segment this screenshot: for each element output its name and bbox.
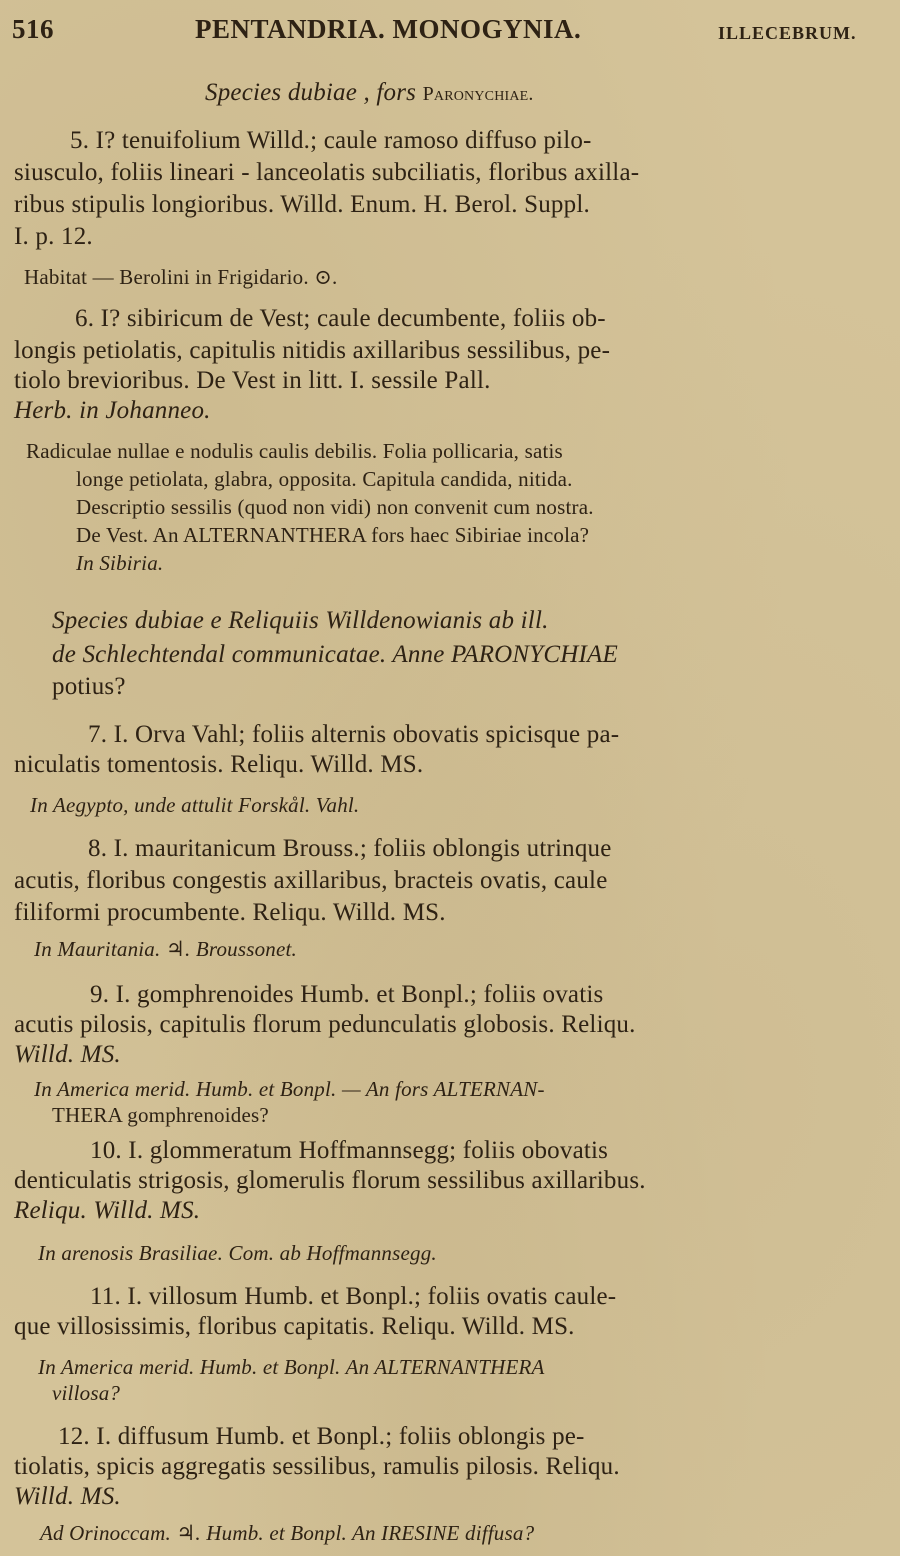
- entry-line: 6. I? sibiricum de Vest; caule decumbent…: [75, 304, 606, 334]
- entry-line: que villosissimis, floribus capitatis. R…: [14, 1312, 575, 1342]
- book-page: 516 PENTANDRIA. MONOGYNIA. ILLECEBRUM. S…: [0, 0, 900, 1556]
- note-line: Radiculae nullae e nodulis caulis debili…: [26, 436, 563, 466]
- entry-line: Willd. MS.: [14, 1482, 121, 1512]
- entry-line: I. p. 12.: [14, 222, 93, 252]
- entry-line: acutis, floribus congestis axillaribus, …: [14, 866, 608, 896]
- habitat-line: Ad Orinoccam. ♃. Humb. et Bonpl. An IRES…: [40, 1518, 534, 1548]
- entry-line: tiolo brevioribus. De Vest in litt. I. s…: [14, 366, 491, 396]
- entry-line: siusculo, foliis lineari - lanceolatis s…: [14, 158, 888, 188]
- entry-line: niculatis tomentosis. Reliqu. Willd. MS.: [14, 750, 423, 780]
- habitat-line: Habitat — Berolini in Frigidario. ⊙.: [24, 262, 338, 292]
- running-title: PENTANDRIA. MONOGYNIA.: [195, 14, 581, 44]
- entry-line: 12. I. diffusum Humb. et Bonpl.; foliis …: [58, 1422, 585, 1452]
- entry-line: Reliqu. Willd. MS.: [14, 1196, 200, 1226]
- entry-line: longis petiolatis, capitulis nitidis axi…: [14, 336, 610, 366]
- entry-line: 5. I? tenuifolium Willd.; caule ramoso d…: [70, 126, 888, 156]
- habitat-line: villosa?: [52, 1378, 120, 1408]
- entry-line: Herb. in Johanneo.: [14, 396, 211, 426]
- note-line: De Vest. An ALTERNANTHERA fors haec Sibi…: [76, 520, 589, 550]
- entry-line: Willd. MS.: [14, 1040, 121, 1070]
- note-line: longe petiolata, glabra, opposita. Capit…: [76, 464, 573, 494]
- page-number: 516: [12, 14, 54, 44]
- habitat-line: In Aegypto, unde attulit Forskål. Vahl.: [30, 790, 359, 820]
- entry-line: 7. I. Orva Vahl; foliis alternis obovati…: [88, 720, 619, 750]
- entry-line: filiformi procumbente. Reliqu. Willd. MS…: [14, 898, 446, 928]
- section-heading-1: Species dubiae , fors Paronychiae.: [205, 78, 534, 109]
- entry-line: 10. I. glommeratum Hoffmannsegg; foliis …: [90, 1136, 608, 1166]
- entry-line: ribus stipulis longioribus. Willd. Enum.…: [14, 190, 888, 220]
- note-line: Descriptio sessilis (quod non vidi) non …: [76, 492, 594, 522]
- entry-line: 8. I. mauritanicum Brouss.; foliis oblon…: [88, 834, 612, 864]
- note-line: In Sibiria.: [76, 548, 163, 578]
- entry-line: acutis pilosis, capitulis florum peduncu…: [14, 1010, 636, 1040]
- habitat-line: In arenosis Brasiliae. Com. ab Hoffmanns…: [38, 1238, 437, 1268]
- entry-line: denticulatis strigosis, glomerulis floru…: [14, 1166, 646, 1196]
- genus-header: ILLECEBRUM.: [718, 18, 857, 48]
- entry-line: tiolatis, spicis aggregatis sessilibus, …: [14, 1452, 620, 1482]
- entry-line: 11. I. villosum Humb. et Bonpl.; foliis …: [90, 1282, 616, 1312]
- habitat-line: In Mauritania. ♃. Broussonet.: [34, 934, 297, 964]
- entry-line: 9. I. gomphrenoides Humb. et Bonpl.; fol…: [90, 980, 603, 1010]
- habitat-line: THERA gomphrenoides?: [52, 1100, 269, 1130]
